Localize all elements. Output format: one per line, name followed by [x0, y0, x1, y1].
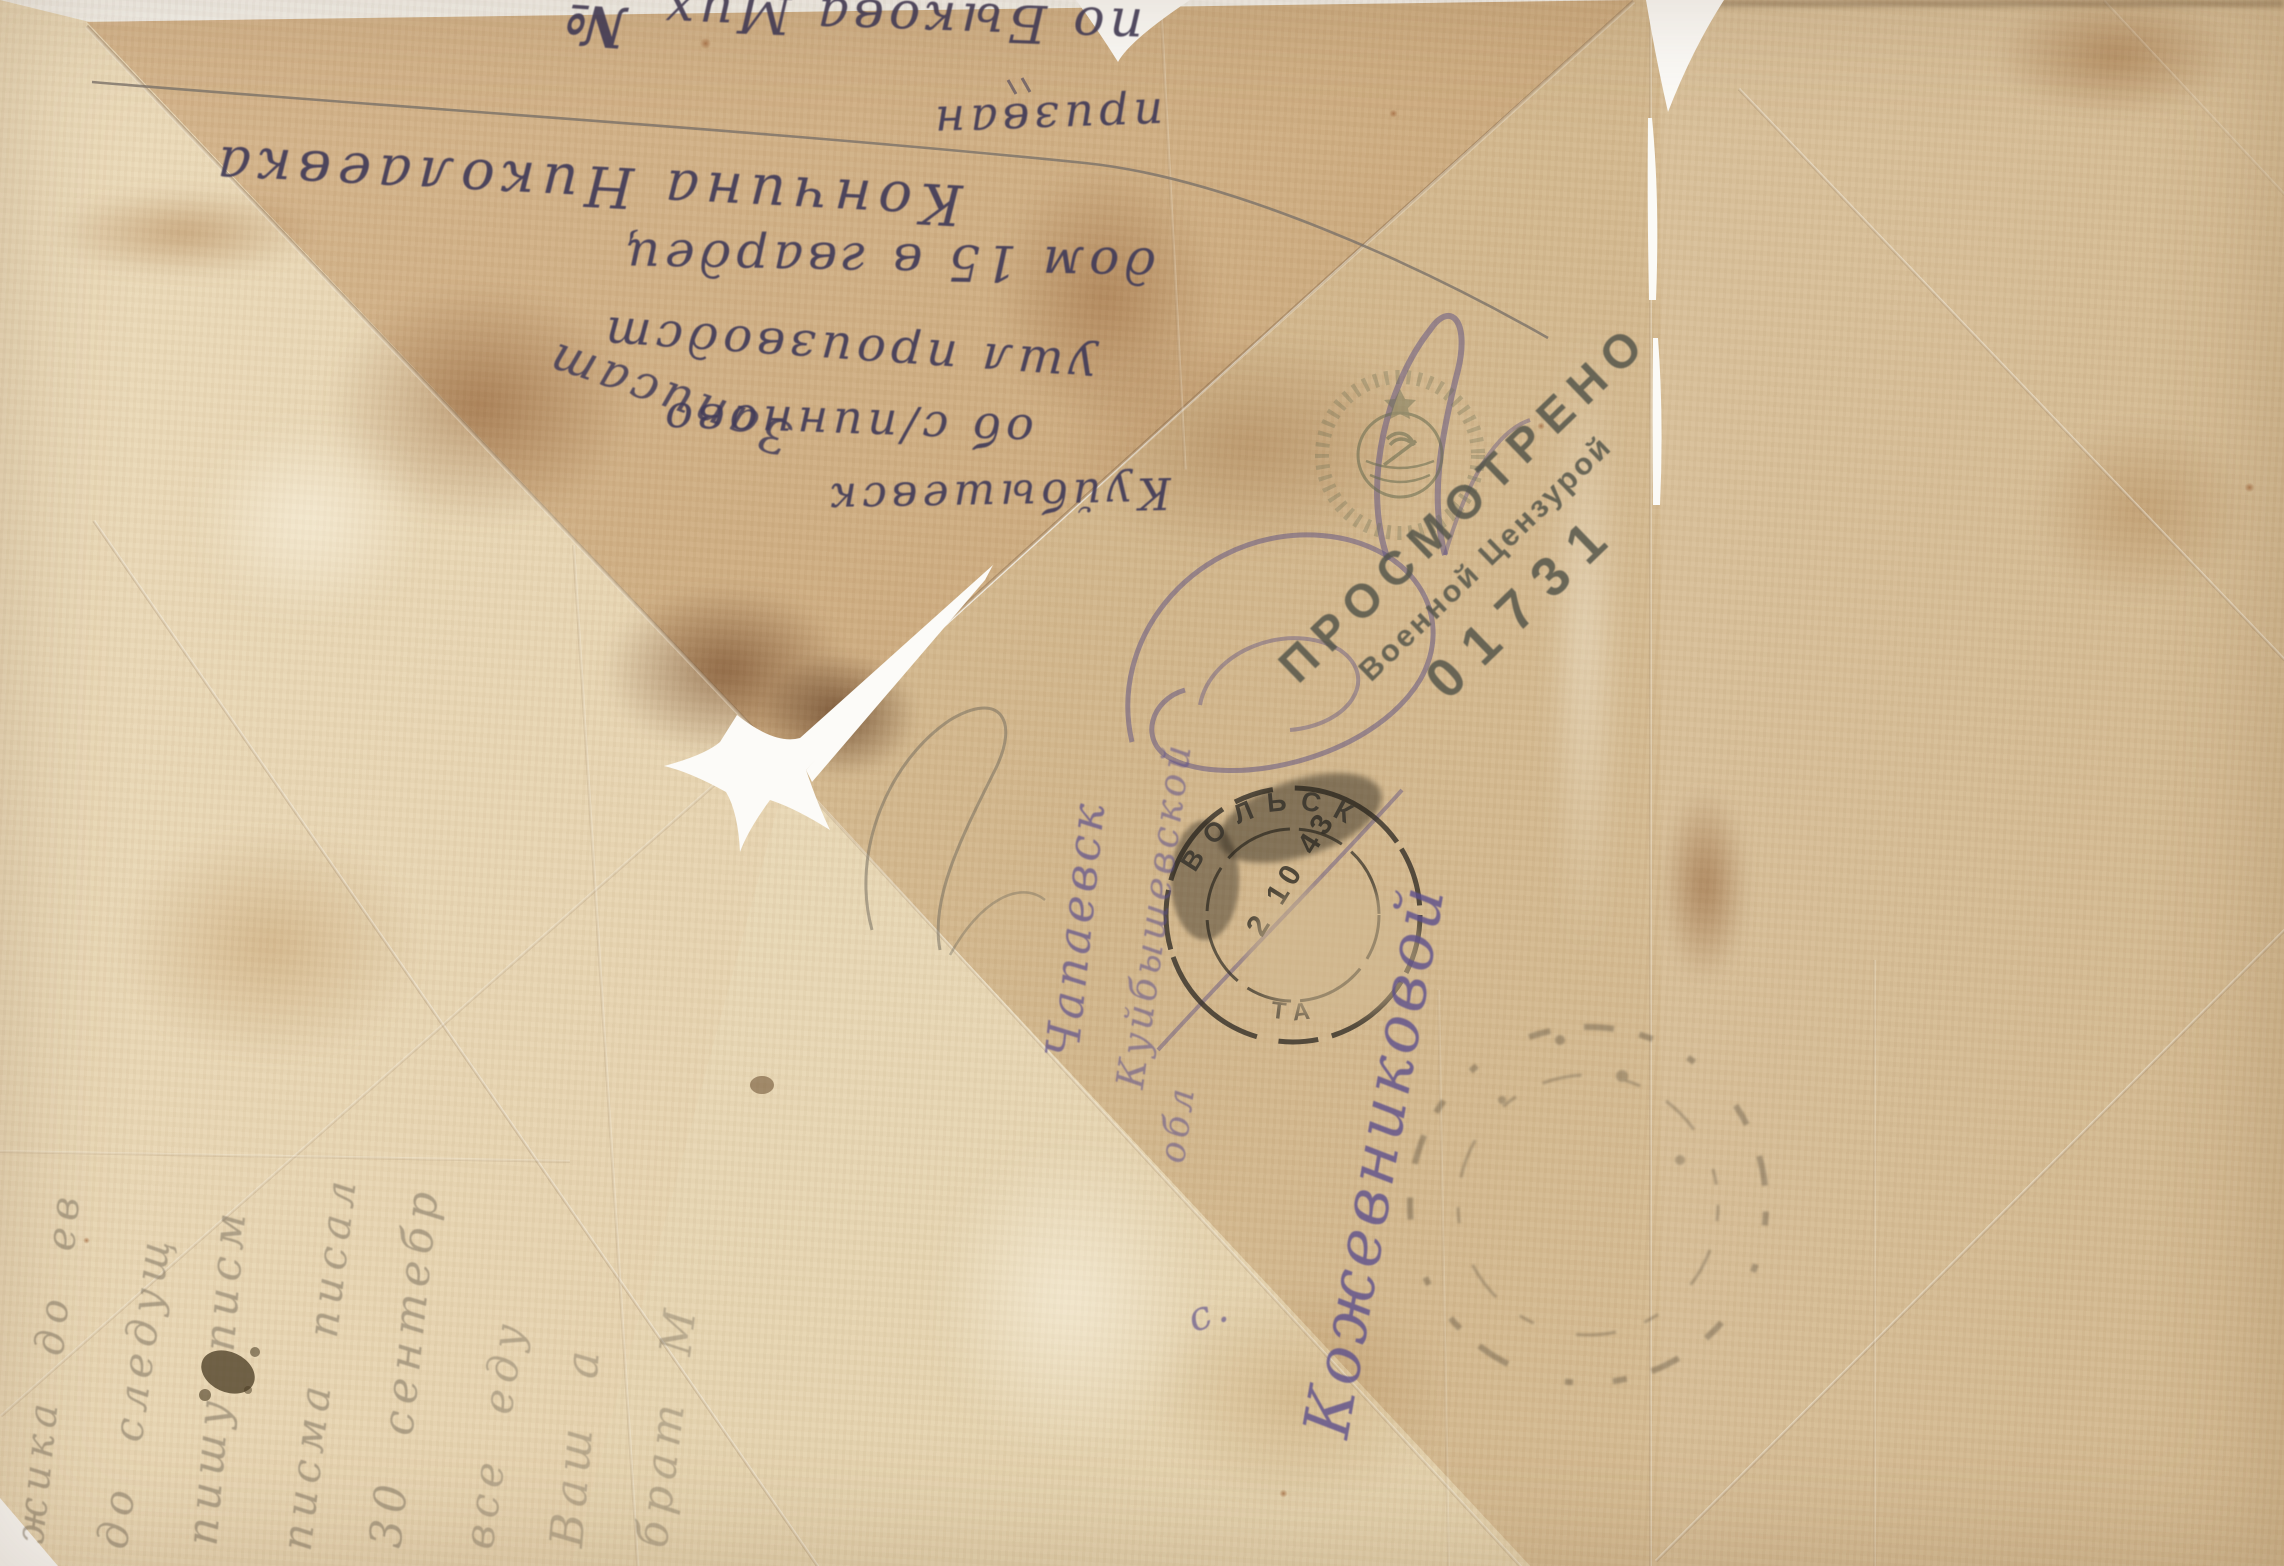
letter-scan: ВОЛЬСК ТА 2 10 43 по Быкова Мих № призва… — [0, 0, 2284, 1566]
ink-address-line-7: Куйбышевск — [826, 467, 1172, 524]
rust-dot — [1388, 108, 1399, 119]
ink-address-line-4: дом 15 в гвардец — [620, 227, 1157, 294]
scan-edge-shadow — [1700, 0, 2284, 7]
rust-dot — [2243, 481, 2256, 494]
ink-address-line-2: призван — [929, 88, 1164, 150]
rust-dot — [1278, 1488, 1289, 1499]
ink-address-mark: № — [558, 0, 628, 60]
